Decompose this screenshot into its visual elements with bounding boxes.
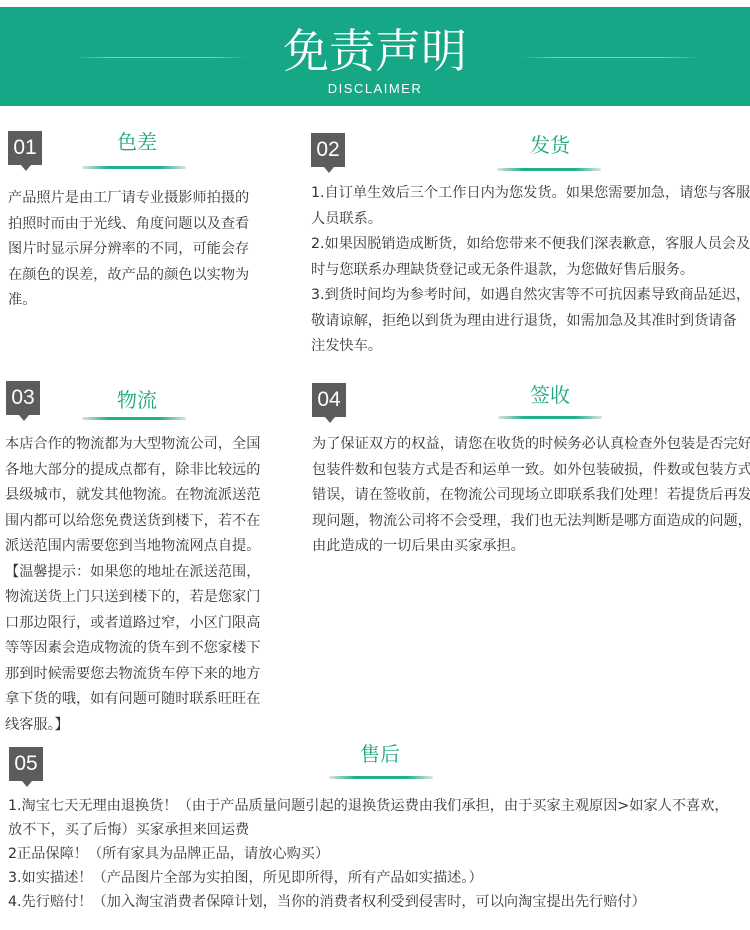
section-body: 本店合作的物流都为大型物流公司，全国 各地大部分的提成点都有，除非比较远的 县级… <box>5 432 270 738</box>
section-title-underline <box>329 776 433 779</box>
body-line: 拍照时而由于光线、角度问题以及查看 <box>8 212 270 238</box>
section-title-underline <box>82 417 186 420</box>
body-line: 为了保证双方的权益，请您在收货的时候务必认真检查外包装是否完好 <box>312 432 750 458</box>
section-title: 物流 <box>67 387 207 413</box>
section-body: 产品照片是由工厂请专业摄影师拍摄的 拍照时而由于光线、角度问题以及查看 图片时显… <box>8 186 270 314</box>
section-title-underline <box>82 166 186 169</box>
page-subtitle: DISCLAIMER <box>0 81 750 97</box>
body-line: 县级城市，就发其他物流。在物流派送范 <box>5 483 270 509</box>
body-line: 放不下，买了后悔）买家承担来回运费 <box>8 818 750 842</box>
body-line: 等等因素会造成物流的货车到不您家楼下 <box>5 636 270 662</box>
section-body: 为了保证双方的权益，请您在收货的时候务必认真检查外包装是否完好 包装件数和包装方… <box>312 432 750 560</box>
body-line: 1.自订单生效后三个工作日内为您发货。如果您需要加急，请您与客服 <box>311 181 750 207</box>
disclaimer-banner: 免责声明 DISCLAIMER <box>0 7 750 106</box>
body-line: 物流送货上门只送到楼下的，若是您家门 <box>5 585 270 611</box>
section-number-badge: 05 <box>9 747 43 781</box>
body-line: 敬请谅解，拒绝以到货为理由进行退货，如需加急及其准时到货请备 <box>311 309 750 335</box>
body-line: 准。 <box>8 288 270 314</box>
body-line: 线客服。】 <box>5 713 270 739</box>
body-line: 各地大部分的提成点都有，除非比较远的 <box>5 458 270 484</box>
body-line: 3.到货时间均为参考时间，如遇自然灾害等不可抗因素导致商品延迟， <box>311 283 750 309</box>
page-title: 免责声明 <box>0 23 750 79</box>
body-line: 错误，请在签收前，在物流公司现场立即联系我们处理！若提货后再发 <box>312 483 750 509</box>
section-title: 色差 <box>67 129 207 155</box>
body-line: 3.如实描述！（产品图片全部为实拍图，所见即所得，所有产品如实描述。） <box>8 866 750 890</box>
body-line: 派送范围内需要您到当地物流网点自提。 <box>5 534 270 560</box>
section-title: 售后 <box>310 741 450 767</box>
body-line: 现问题，物流公司将不会受理，我们也无法判断是哪方面造成的问题， <box>312 509 750 535</box>
body-line: 图片时显示屏分辨率的不同，可能会存 <box>8 237 270 263</box>
body-line: 2.如果因脱销造成断货，如给您带来不便我们深表歉意，客服人员会及 <box>311 232 750 258</box>
body-line: 1.淘宝七天无理由退换货！（由于产品质量问题引起的退换货运费由我们承担，由于买家… <box>8 794 750 818</box>
section-number-badge: 02 <box>311 133 345 167</box>
body-line: 本店合作的物流都为大型物流公司，全国 <box>5 432 270 458</box>
body-line: 在颜色的误差，故产品的颜色以实物为 <box>8 263 270 289</box>
section-body: 1.自订单生效后三个工作日内为您发货。如果您需要加急，请您与客服 人员联系。 2… <box>311 181 750 360</box>
section-title-underline <box>498 416 602 419</box>
body-line: 包装件数和包装方式是否和运单一致。如外包装破损，件数或包装方式 <box>312 458 750 484</box>
body-line: 时与您联系办理缺货登记或无条件退款，为您做好售后服务。 <box>311 258 750 284</box>
body-line: 4.先行赔付！（加入淘宝消费者保障计划，当你的消费者权利受到侵害时，可以向淘宝提… <box>8 890 750 914</box>
body-line: 【温馨提示：如果您的地址在派送范围， <box>5 560 270 586</box>
section-number-badge: 03 <box>6 381 40 415</box>
section-body: 1.淘宝七天无理由退换货！（由于产品质量问题引起的退换货运费由我们承担，由于买家… <box>8 794 750 914</box>
section-title: 签收 <box>480 382 620 408</box>
body-line: 口那边限行，或者道路过窄，小区门限高 <box>5 611 270 637</box>
body-line: 由此造成的一切后果由买家承担。 <box>312 534 750 560</box>
body-line: 注发快车。 <box>311 334 750 360</box>
section-number-badge: 01 <box>8 131 42 165</box>
body-line: 那到时候需要您去物流货车停下来的地方 <box>5 662 270 688</box>
section-title: 发货 <box>480 132 620 158</box>
body-line: 围内都可以给您免费送货到楼下，若不在 <box>5 509 270 535</box>
section-number-badge: 04 <box>312 383 346 417</box>
body-line: 产品照片是由工厂请专业摄影师拍摄的 <box>8 186 270 212</box>
body-line: 人员联系。 <box>311 207 750 233</box>
body-line: 拿下货的哦，如有问题可随时联系旺旺在 <box>5 687 270 713</box>
body-line: 2正品保障！（所有家具为品牌正品，请放心购买） <box>8 842 750 866</box>
section-title-underline <box>497 168 601 171</box>
